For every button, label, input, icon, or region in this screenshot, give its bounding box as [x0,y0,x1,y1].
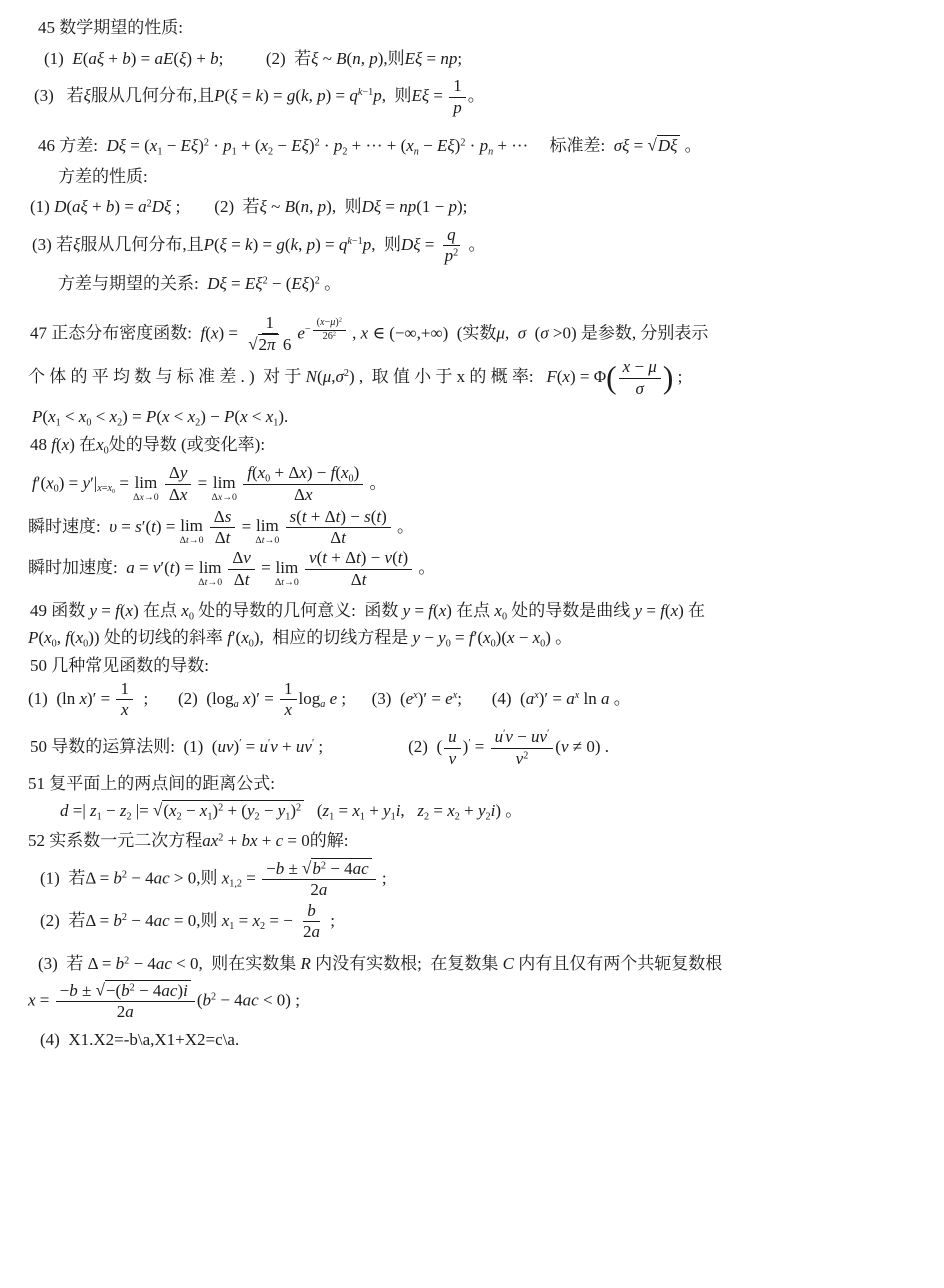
formula-line-16: 49 函数 y = f(x) 在点 x0 处的导数的几何意义: 函数 y = f… [28,597,930,624]
fraction: f(x0 + Δx) − f(x0)Δx [243,463,363,506]
formula-line-26: (3) 若 Δ = b2 − 4ac < 0, 则在实数集 R 内没有实数根; … [28,950,930,977]
fraction: 1x [280,679,297,721]
fraction: qp2 [441,225,463,267]
fraction: −b ± √−(b2 − 4ac)i2a [56,980,195,1023]
fraction: 1p [449,76,466,118]
fraction: b2a [299,901,324,943]
formula-line-20: 50 导数的运算法则: (1) (uv)′ = u′v + uv′ ; (2) … [28,727,930,769]
fraction: (x−μ)2262 [313,317,346,342]
formula-line-2: (1) E(aξ + b) = aE(ξ) + b; (2) 若ξ ~ B(n,… [28,45,930,72]
fraction: u′v − uv′v2 [491,727,554,769]
limit-underscript: limΔt→0 [198,559,222,588]
radical: √2π [248,334,278,355]
fraction: −b ± √b2 − 4ac2a [262,858,376,901]
limit-underscript: limΔt→0 [275,559,299,588]
formula-line-4: 46 方差: Dξ = (x1 − Eξ)2 · p1 + (x2 − Eξ)2… [28,132,930,159]
formula-line-18: 50 几种常见函数的导数: [28,652,930,679]
formula-line-7: (3) 若ξ服从几何分布,且P(ξ = k) = g(k, p) = qk−1p… [28,225,930,267]
formula-line-27: x = −b ± √−(b2 − 4ac)i2a(b2 − 4ac < 0) ; [28,980,930,1023]
formula-line-10: 个 体 的 平 均 数 与 标 准 差 . ) 对 于 N(μ,σ2) , 取 … [28,357,930,399]
formula-line-1: 45 数学期望的性质: [28,14,930,41]
formula-line-15: 瞬时加速度: a = v′(t) = limΔt→0 ΔvΔt = limΔt→… [28,548,930,590]
formula-line-6: (1) D(aξ + b) = a2Dξ ; (2) 若ξ ~ B(n, p),… [28,193,930,220]
document-page: 45 数学期望的性质:(1) E(aξ + b) = aE(ξ) + b; (2… [0,0,944,1054]
limit-underscript: limΔx→0 [133,474,158,503]
fraction: 1x [116,679,133,721]
formula-line-8: 方差与期望的关系: Dξ = Eξ2 − (Eξ)2 。 [28,270,930,297]
radical: √b2 − 4ac [302,858,372,879]
formula-line-24: (1) 若Δ = b2 − 4ac > 0,则 x1,2 = −b ± √b2 … [28,858,930,901]
fraction: 1√2π 6 [244,313,295,356]
formula-line-5: 方差的性质: [28,163,930,190]
formula-line-25: (2) 若Δ = b2 − 4ac = 0,则 x1 = x2 = − b2a … [28,901,930,943]
fraction: x − μσ [619,357,661,399]
fraction: ΔyΔx [165,463,191,505]
radical: √Dξ [648,132,681,159]
formula-line-13: f′(x0) = y′|x=x0 = limΔx→0 ΔyΔx = limΔx→… [28,463,930,506]
formula-line-17: P(x0, f(x0)) 处的切线的斜率 f′(x0), 相应的切线方程是 y … [28,624,930,651]
radical: √(x2 − x1)2 + (y2 − y1)2 [153,797,304,824]
formula-line-21: 51 复平面上的两点间的距离公式: [28,770,930,797]
formula-line-3: (3) 若ξ服从几何分布,且P(ξ = k) = g(k, p) = qk−1p… [28,76,930,118]
fraction: ΔsΔt [210,507,236,549]
limit-underscript: limΔx→0 [211,474,236,503]
formula-line-9: 47 正态分布密度函数: f(x) = 1√2π 6e−(x−μ)2262 , … [28,313,930,356]
formula-line-12: 48 f(x) 在x0处的导数 (或变化率): [28,431,930,458]
big-paren: ( [606,364,616,392]
formula-line-23: 52 实系数一元二次方程ax2 + bx + c = 0的解: [28,827,930,854]
fraction: uv [444,727,461,769]
formula-line-11: P(x1 < x0 < x2) = P(x < x2) − P(x < x1). [28,403,930,430]
formula-line-19: (1) (ln x)′ = 1x ; (2) (loga x)′ = 1xlog… [28,679,930,721]
formula-line-14: 瞬时速度: υ = s′(t) = limΔt→0 ΔsΔt = limΔt→0… [28,507,930,549]
fraction: s(t + Δt) − s(t)Δt [286,507,391,549]
fraction: ΔvΔt [228,548,254,590]
fraction: v(t + Δt) − v(t)Δt [305,548,412,590]
formula-line-28: (4) X1.X2=-b\a,X1+X2=c\a. [28,1026,930,1053]
formula-line-22: d =| z1 − z2 |= √(x2 − x1)2 + (y2 − y1)2… [28,797,930,824]
big-paren: ) [663,364,673,392]
formula-lines-container: 45 数学期望的性质:(1) E(aξ + b) = aE(ξ) + b; (2… [28,14,930,1054]
limit-underscript: limΔt→0 [255,517,279,546]
radical: √−(b2 − 4ac)i [96,980,191,1001]
limit-underscript: limΔt→0 [180,517,204,546]
